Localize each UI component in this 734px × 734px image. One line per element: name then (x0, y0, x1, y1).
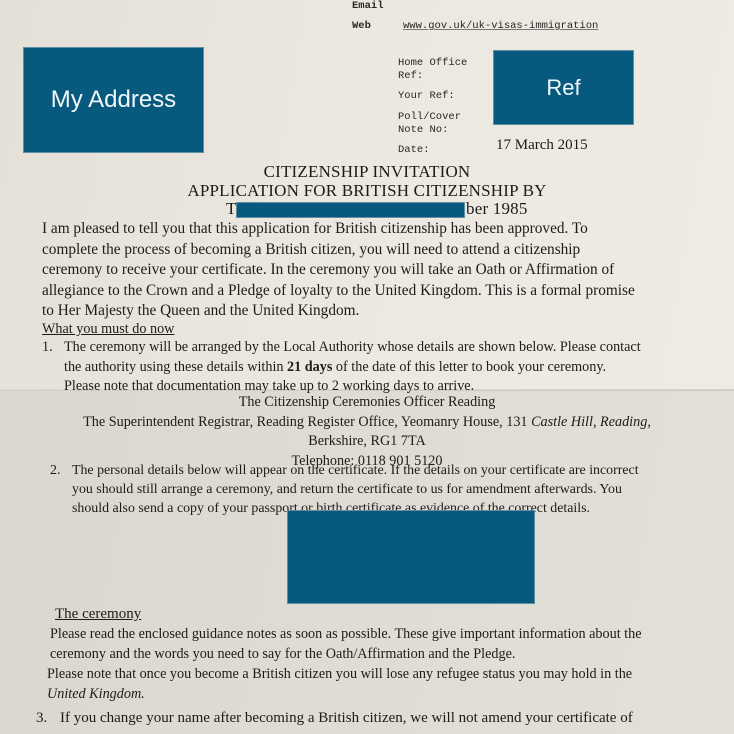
personal-details-redaction-box (287, 510, 535, 604)
list-item-1-line-1: The ceremony will be arranged by the Loc… (64, 339, 641, 355)
authority-name: The Citizenship Ceremonies Officer Readi… (0, 393, 734, 413)
intro-line-1: I am pleased to tell you that this appli… (42, 219, 635, 240)
heading-application: APPLICATION FOR BRITISH CITIZENSHIP BY (0, 181, 734, 201)
section-heading-what-you-must-do: What you must do now (42, 320, 174, 340)
date-label: Date: (398, 144, 430, 156)
ceremony-paragraph-1-line-1: Please read the enclosed guidance notes … (50, 625, 642, 645)
ceremony-paragraph-1-line-2: ceremony and the words you need to say f… (50, 645, 642, 665)
email-label: Email (352, 0, 384, 12)
name-redaction-bar (236, 202, 465, 218)
heading-date-of-birth-suffix: ber 1985 (466, 199, 528, 219)
authority-details: The Citizenship Ceremonies Officer Readi… (0, 393, 734, 471)
authority-address-line-2: Berkshire, RG1 7TA (0, 432, 734, 452)
intro-paragraph: I am pleased to tell you that this appli… (42, 219, 635, 322)
list-item-3: 3.If you change your name after becoming… (36, 709, 633, 729)
home-office-ref-label-line1: Home Office (398, 57, 467, 70)
intro-line-3: ceremony to receive your certificate. In… (42, 260, 635, 281)
letter-date: 17 March 2015 (496, 137, 588, 154)
web-label: Web (352, 20, 371, 32)
heading-name-prefix: T (226, 199, 237, 219)
poll-cover-label: Poll/Cover Note No: (398, 111, 461, 137)
ceremony-paragraph-2-line-2: United Kingdom. (47, 685, 632, 705)
deadline-days: 21 days (287, 359, 332, 375)
heading-citizenship-invitation: CITIZENSHIP INVITATION (0, 162, 734, 182)
list-item-2-number: 2. (50, 461, 72, 480)
intro-line-2: complete the process of becoming a Briti… (42, 240, 635, 261)
poll-cover-label-line1: Poll/Cover (398, 111, 461, 124)
list-item-3-number: 3. (36, 709, 60, 729)
ceremony-paragraph-2-line-1: Please note that once you become a Briti… (47, 665, 632, 685)
web-link[interactable]: www.gov.uk/uk-visas-immigration (403, 20, 598, 32)
section-heading-the-ceremony: The ceremony (55, 605, 141, 625)
list-item-2-line-2: you should still arrange a ceremony, and… (50, 480, 639, 499)
address-redaction-label: My Address (51, 86, 176, 114)
poll-cover-label-line2: Note No: (398, 124, 461, 137)
list-item-1-line-2: the authority using these details within… (42, 358, 641, 378)
home-office-ref-label: Home Office Ref: (398, 57, 467, 83)
intro-line-4: allegiance to the Crown and a Pledge of … (42, 281, 635, 302)
ref-redaction-box: Ref (493, 50, 634, 125)
ceremony-paragraph-1: Please read the enclosed guidance notes … (50, 625, 642, 664)
ref-redaction-label: Ref (546, 75, 580, 101)
list-item-1: 1.The ceremony will be arranged by the L… (42, 338, 641, 397)
home-office-ref-label-line2: Ref: (398, 70, 467, 83)
intro-line-5: to Her Majesty the Queen and the United … (42, 301, 635, 322)
authority-address-line-1: The Superintendent Registrar, Reading Re… (0, 413, 734, 433)
list-item-2-line-1: The personal details below will appear o… (72, 463, 639, 478)
your-ref-label: Your Ref: (398, 90, 455, 102)
list-item-3-line-1: If you change your name after becoming a… (60, 710, 633, 726)
address-redaction-box: My Address (23, 47, 204, 153)
ceremony-paragraph-2: Please note that once you become a Briti… (47, 665, 632, 704)
list-item-1-number: 1. (42, 338, 64, 358)
